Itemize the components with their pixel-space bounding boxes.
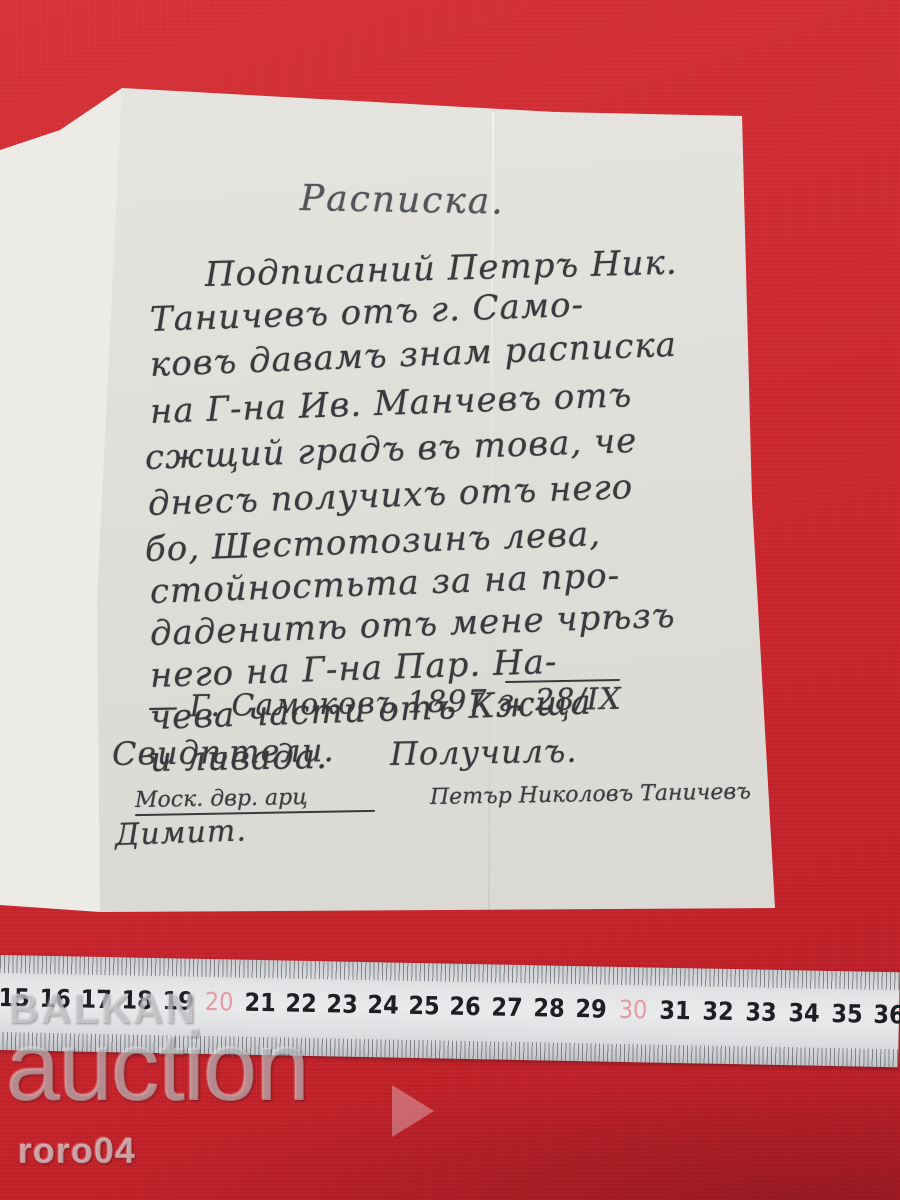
watermark-brand-main: auction — [6, 1010, 308, 1123]
ruler-mark: 26 — [445, 992, 486, 1022]
ruler-mark: 25 — [404, 991, 445, 1021]
watermark-seller: roro04 — [18, 1130, 136, 1172]
ruler-mark: 32 — [698, 996, 739, 1026]
witness-signature-2: Димит. — [114, 813, 247, 853]
receiver-signature: Петър Николовъ Таничевъ — [430, 779, 751, 810]
ruler-mark: 29 — [571, 994, 612, 1024]
ruler-mark-highlight: 30 — [613, 995, 654, 1025]
ruler-mark: 31 — [655, 996, 696, 1026]
ruler-mark: 36 — [869, 1000, 900, 1030]
ruler-mark: 23 — [322, 989, 363, 1019]
ruler-mark: 27 — [487, 992, 528, 1022]
document-title: Расписка. — [300, 178, 505, 223]
ruler-mark: 28 — [529, 993, 570, 1023]
ruler-mark: 24 — [363, 990, 404, 1020]
receiver-label: Получилъ. — [390, 732, 578, 773]
play-triangle-icon — [392, 1085, 434, 1137]
photo-stage: Расписка. Подписаний Петръ Ник. Таничевъ… — [0, 0, 900, 1200]
witness-signature-1: Моск. двр. арц — [135, 785, 308, 813]
ruler-mark: 35 — [827, 999, 868, 1029]
witnesses-label: Свидѣтели. — [112, 731, 335, 773]
ruler-mark: 33 — [741, 997, 782, 1027]
text-line-1: Подписаний Петръ Ник. — [204, 243, 678, 295]
ruler-mark: 34 — [784, 998, 825, 1028]
